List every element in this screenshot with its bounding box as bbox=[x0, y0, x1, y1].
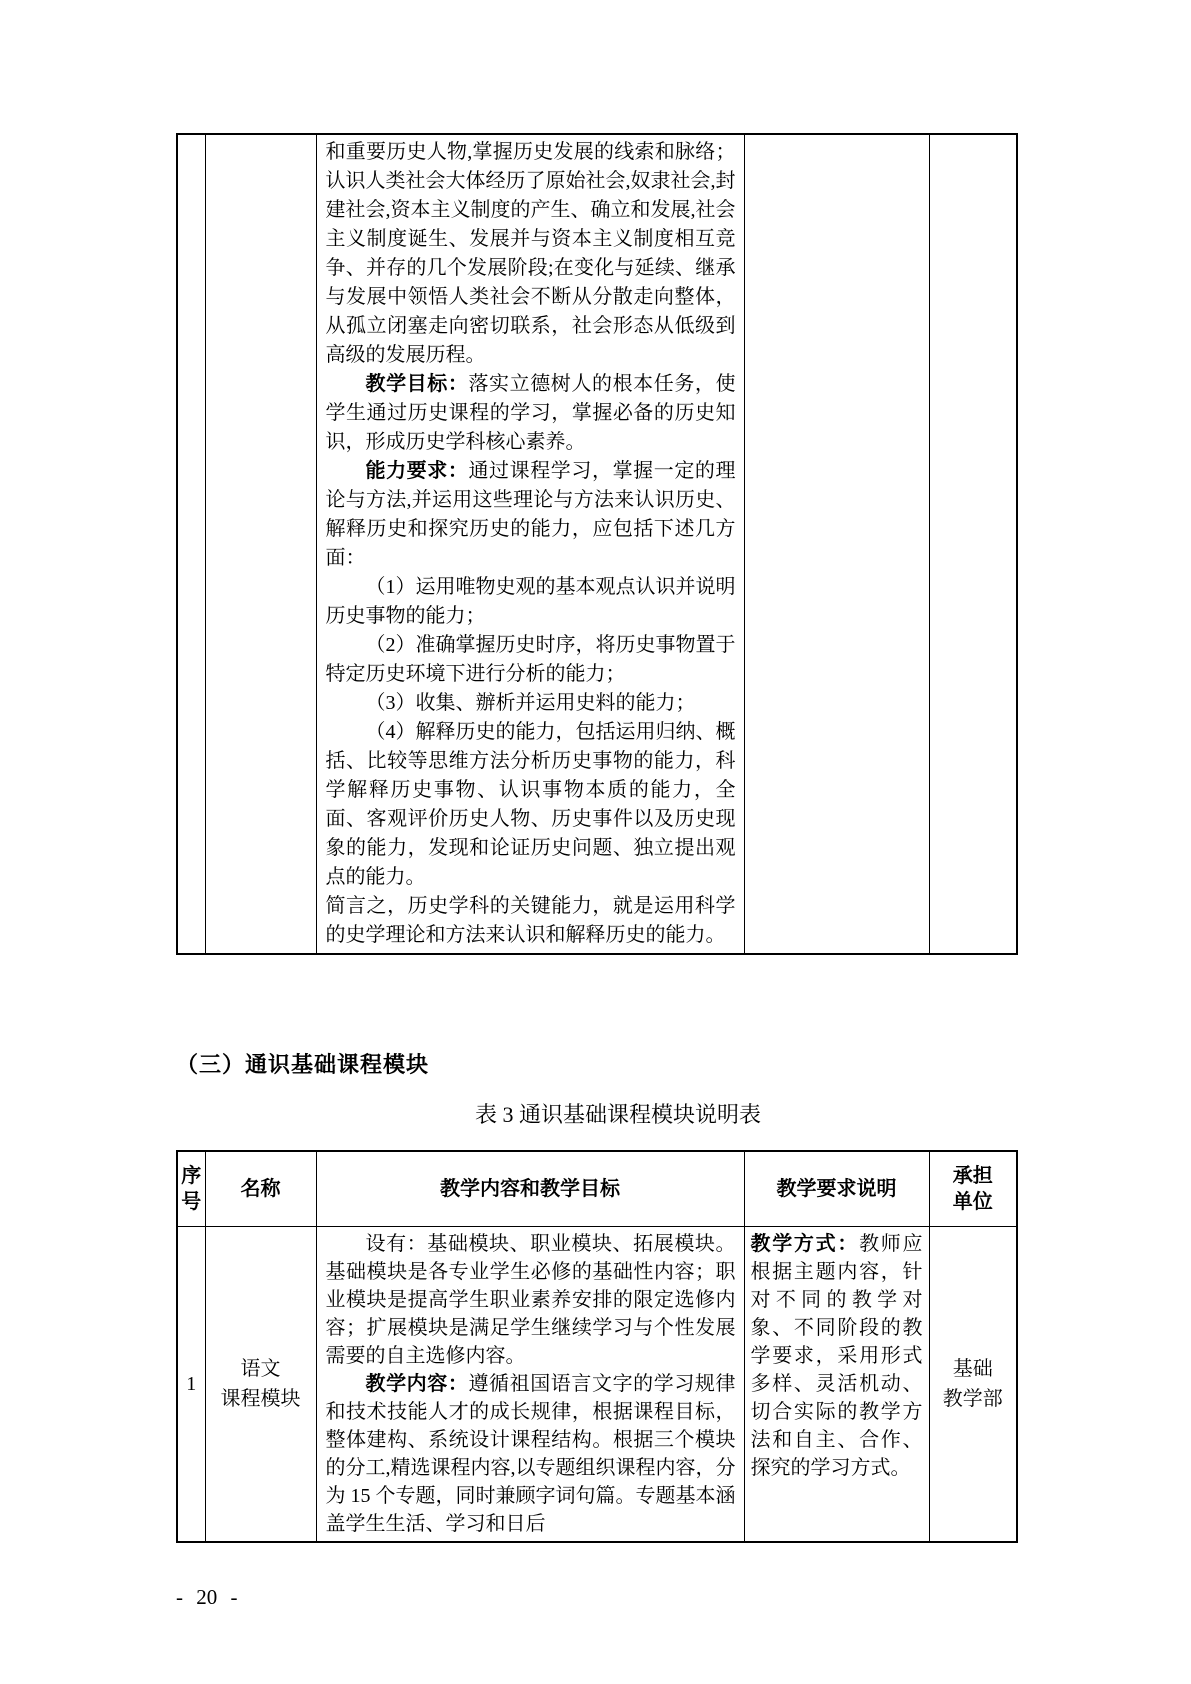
unit-line1: 基础 bbox=[932, 1354, 1015, 1384]
paragraph: （4）解释历史的能力，包括运用归纳、概括、比较等思维方法分析历史事物的能力，科学… bbox=[326, 718, 736, 892]
header-requirement-label: 教学要求说明 bbox=[747, 1176, 927, 1202]
table-row: 和重要历史人物,掌握历史发展的线索和脉络；认识人类社会大体经历了原始社会,奴隶社… bbox=[177, 134, 1017, 954]
course-name-line2: 课程模块 bbox=[208, 1384, 314, 1414]
unit-line2: 教学部 bbox=[932, 1384, 1015, 1414]
table-header-row: 序号 名称 教学内容和教学目标 教学要求说明 承担单位 bbox=[177, 1151, 1017, 1226]
no-cell-empty bbox=[177, 134, 205, 954]
header-content-label: 教学内容和教学目标 bbox=[319, 1176, 742, 1202]
row-name-cell: 语文 课程模块 bbox=[205, 1226, 316, 1542]
continuation-table: 和重要历史人物,掌握历史发展的线索和脉络；认识人类社会大体经历了原始社会,奴隶社… bbox=[176, 133, 1018, 955]
header-name-label: 名称 bbox=[208, 1176, 314, 1202]
course-name-line1: 语文 bbox=[208, 1354, 314, 1384]
header-cell-requirement: 教学要求说明 bbox=[744, 1151, 929, 1226]
paragraph: （3）收集、辦析并运用史料的能力； bbox=[326, 689, 736, 718]
row-content-cell: 设有：基础模块、职业模块、拓展模块。基础模块是各专业学生必修的基础性内容；职业模… bbox=[316, 1226, 744, 1542]
table-row: 1 语文 课程模块 设有：基础模块、职业模块、拓展模块。基础模块是各专业学生必修… bbox=[177, 1226, 1017, 1542]
teaching-method-text: 教师应根据主题内容，针对不同的教学对象、不同阶段的教学要求，采用形式多样、灵活机… bbox=[751, 1233, 923, 1479]
row-requirement-cell: 教学方式：教师应根据主题内容，针对不同的教学对象、不同阶段的教学要求，采用形式多… bbox=[744, 1226, 929, 1542]
teaching-method-label: 教学方式： bbox=[751, 1233, 860, 1255]
paragraph: 简言之，历史学科的关键能力，就是运用科学的史学理论和方法来认识和解释历史的能力。 bbox=[326, 892, 736, 950]
row-unit-cell: 基础 教学部 bbox=[929, 1226, 1017, 1542]
paragraph: 教学方式：教师应根据主题内容，针对不同的教学对象、不同阶段的教学要求，采用形式多… bbox=[751, 1230, 923, 1482]
ability-requirement-label: 能力要求： bbox=[366, 460, 469, 482]
table3-caption: 表 3 通识基础课程模块说明表 bbox=[176, 1098, 1016, 1129]
teaching-goal-label: 教学目标： bbox=[366, 373, 469, 395]
requirement-cell-empty bbox=[744, 134, 929, 954]
paragraph: 教学内容：遵循祖国语言文字的学习规律和技术技能人才的成长规律，根据课程目标，整体… bbox=[326, 1370, 736, 1538]
history-content-cell: 和重要历史人物,掌握历史发展的线索和脉络；认识人类社会大体经历了原始社会,奴隶社… bbox=[316, 134, 744, 954]
page-number: - 20 - bbox=[176, 1585, 238, 1610]
paragraph: 和重要历史人物,掌握历史发展的线索和脉络；认识人类社会大体经历了原始社会,奴隶社… bbox=[326, 138, 736, 370]
header-cell-name: 名称 bbox=[205, 1151, 316, 1226]
paragraph: （1）运用唯物史观的基本观点认识并说明历史事物的能力； bbox=[326, 573, 736, 631]
paragraph: （2）准确掌握历史时序，将历史事物置于特定历史环境下进行分析的能力； bbox=[326, 631, 736, 689]
table3: 序号 名称 教学内容和教学目标 教学要求说明 承担单位 1 语文 课程模块 设有… bbox=[176, 1150, 1018, 1543]
teaching-content-text: 遵循祖国语言文字的学习规律和技术技能人才的成长规律，根据课程目标，整体建构、系统… bbox=[326, 1373, 736, 1535]
paragraph: 能力要求：通过课程学习，掌握一定的理论与方法,并运用这些理论与方法来认识历史、解… bbox=[326, 457, 736, 573]
section-heading: （三）通识基础课程模块 bbox=[176, 1048, 429, 1079]
row-no-cell: 1 bbox=[177, 1226, 205, 1542]
unit-cell-empty bbox=[929, 134, 1017, 954]
paragraph: 教学目标：落实立德树人的根本任务，使学生通过历史课程的学习，掌握必备的历史知识，… bbox=[326, 370, 736, 457]
header-cell-unit: 承担单位 bbox=[929, 1151, 1017, 1226]
teaching-content-label: 教学内容： bbox=[366, 1373, 469, 1395]
document-page: 和重要历史人物,掌握历史发展的线索和脉络；认识人类社会大体经历了原始社会,奴隶社… bbox=[0, 0, 1191, 1684]
name-cell-empty bbox=[205, 134, 316, 954]
header-cell-no: 序号 bbox=[177, 1151, 205, 1226]
header-no-label: 序号 bbox=[180, 1163, 202, 1215]
header-cell-content: 教学内容和教学目标 bbox=[316, 1151, 744, 1226]
paragraph: 设有：基础模块、职业模块、拓展模块。基础模块是各专业学生必修的基础性内容；职业模… bbox=[326, 1230, 736, 1370]
header-unit-label: 承担单位 bbox=[951, 1163, 995, 1215]
